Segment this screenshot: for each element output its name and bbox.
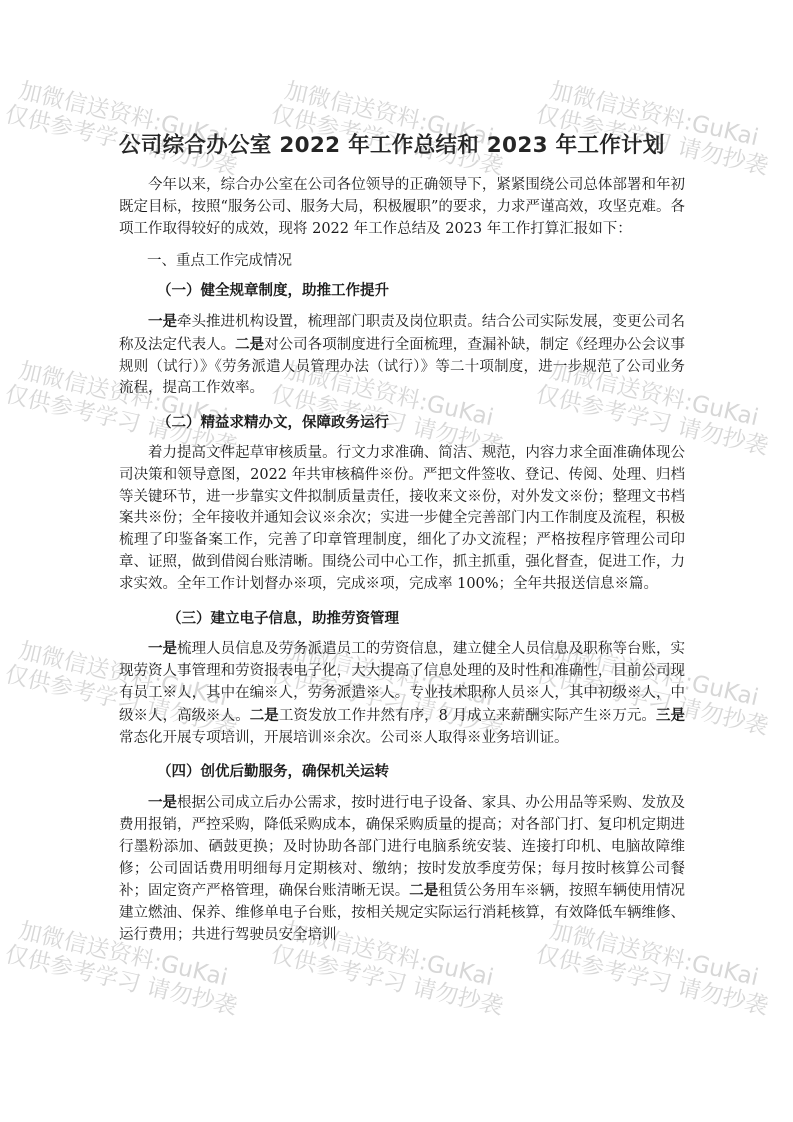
- lead-marker: 二是: [250, 707, 279, 724]
- lead-marker: 三是: [656, 707, 685, 724]
- subsection-heading-1: （一）健全规章制度，助推工作提升: [157, 281, 685, 303]
- paragraph-text: 工资发放工作井然有序，8 月成立来薪酬实际产生※万元。: [279, 708, 656, 724]
- lead-marker: 一是: [148, 313, 177, 330]
- subsection-4-paragraph: 一是根据公司成立后办公需求，按时进行电子设备、家具、办公用品等采购、发放及费用报…: [119, 792, 685, 947]
- lead-marker: 一是: [148, 794, 177, 811]
- document-page: 加微信送资料:GuKai仅供参考学习 请勿抄袭 加微信送资料:GuKai仅供参考…: [0, 0, 793, 1122]
- intro-paragraph: 今年以来，综合办公室在公司各位领导的正确领导下，紧紧围绕公司总体部署和年初既定目…: [119, 175, 685, 240]
- section-heading: 一、重点工作完成情况: [147, 251, 685, 273]
- document-title: 公司综合办公室 2022 年工作总结和 2023 年工作计划: [119, 126, 685, 165]
- document-body: 公司综合办公室 2022 年工作总结和 2023 年工作计划 今年以来，综合办公…: [119, 126, 685, 947]
- subsection-3-paragraph: 一是梳理人员信息及劳务派遣员工的劳资信息，建立健全人员信息及职称等台账，实现劳资…: [119, 638, 685, 749]
- subsection-1-paragraph: 一是牵头推进机构设置，梳理部门职责及岗位职责。结合公司实际发展，变更公司名称及法…: [119, 311, 685, 400]
- lead-marker: 二是: [409, 882, 438, 899]
- subsection-heading-3: （三）建立电子信息，助推劳资管理: [167, 609, 685, 631]
- lead-marker: 一是: [148, 640, 177, 657]
- lead-marker: 二是: [235, 336, 264, 353]
- subsection-heading-2: （二）精益求精办文，保障政务运行: [157, 413, 685, 435]
- paragraph-text: 常态化开展专项培训，开展培训※余次。公司※人取得※业务培训证。: [119, 730, 569, 746]
- subsection-2-paragraph: 着力提高文件起草审核质量。行文力求准确、简洁、规范，内容力求全面准确体现公司决策…: [119, 443, 685, 596]
- subsection-heading-4: （四）创优后勤服务，确保机关运转: [157, 762, 685, 784]
